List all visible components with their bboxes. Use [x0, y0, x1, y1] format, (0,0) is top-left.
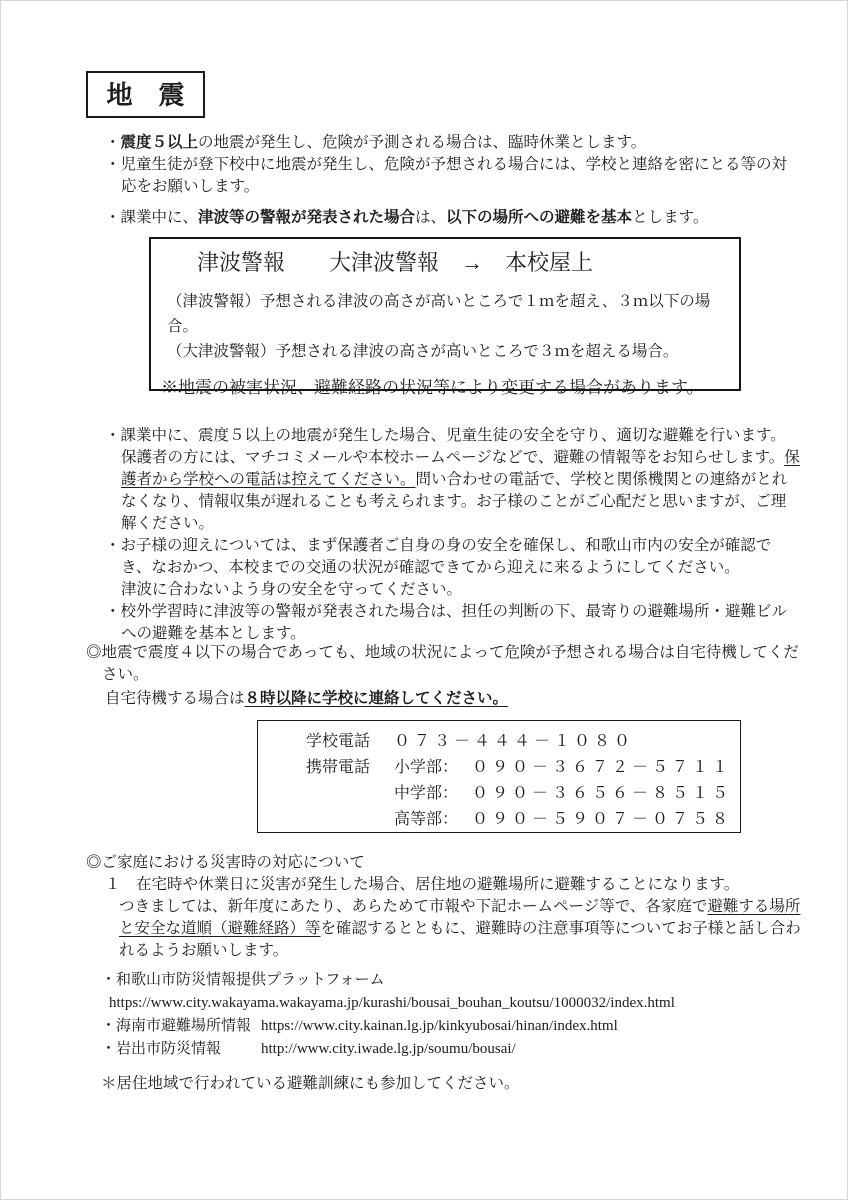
- major-tsunami-warning-definition: （大津波警報）予想される津波の高さが高いところで３ｍを超える場合。: [167, 339, 739, 364]
- family-item-2: つきましては、新年度にあたり、あらためて市報や下記ホームページ等で、各家庭で避難…: [119, 896, 802, 962]
- bold-phrase: 津波等の警報が発表された場合: [198, 209, 415, 226]
- phone-row-mobile-elementary: 携帯電話小学部：０９０－３６７２－５７１１: [306, 755, 740, 781]
- paragraph-text: つきましては、新年度にあたり、あらためて市報や下記ホームページ等で、各家庭で: [119, 898, 707, 915]
- phone-row-mobile-junior: 中学部：０９０－３６５６－８５１５: [306, 781, 740, 807]
- standby-contact-instruction: 自宅待機する場合は８時以降に学校に連絡してください。: [105, 688, 800, 710]
- family-item-1: １ 在宅時や休業日に災害が発生した場合、居住地の避難場所に避難することになります…: [105, 874, 802, 896]
- bullet-item: ・児童生徒が登下校中に地震が発生し、危険が予想される場合には、学校と連絡を密にと…: [105, 154, 799, 198]
- family-response-section: ◎ご家庭における災害時の対応について １ 在宅時や休業日に災害が発生した場合、居…: [86, 852, 802, 962]
- home-standby-section: ◎地震で震度４以下の場合であっても、地域の状況によって危険が予想される場合は自宅…: [86, 642, 800, 710]
- evacuation-paragraphs: ・課業中に、震度５以上の地震が発生した場合、児童生徒の安全を守り、適切な避難を行…: [105, 425, 801, 645]
- document-page: 地 震 ・震度５以上の地震が発生し、危険が予測される場合は、臨時休業とします。 …: [0, 0, 848, 1200]
- phone-dept: 高等部：: [394, 807, 472, 833]
- phone-number-box: 学校電話０７３－４４４－１０８０ 携帯電話小学部：０９０－３６７２－５７１１ 中…: [257, 720, 741, 833]
- disaster-info-links: ・和歌山市防災情報提供プラットフォーム https://www.city.wak…: [101, 969, 807, 1061]
- link-url: https://www.city.wakayama.wakayama.jp/ku…: [101, 992, 807, 1015]
- phone-label: 学校電話: [306, 729, 394, 755]
- section-title-box: 地 震: [86, 71, 205, 118]
- link-label: ・岩出市防災情報: [101, 1038, 261, 1061]
- tsunami-warning-lead: ・課業中に、津波等の警報が発表された場合は、以下の場所への避難を基本とします。: [105, 207, 799, 229]
- paragraph-pickup-note: 津波に合わないよう身の安全を守ってください。: [105, 579, 801, 601]
- tsunami-alert-box: 津波警報 大津波警報 → 本校屋上 （津波警報）予想される津波の高さが高いところ…: [149, 237, 741, 391]
- phone-dept: 中学部：: [394, 781, 472, 807]
- phone-row-mobile-high: 高等部：０９０－５９０７－０７５８: [306, 807, 740, 833]
- link-item-kainan: ・海南市避難場所情報 https://www.city.kainan.lg.jp…: [101, 1015, 807, 1038]
- phone-number: ０７３－４４４－１０８０: [394, 729, 634, 755]
- bold-phrase: 以下の場所への避難を基本: [446, 209, 632, 226]
- bullet-text: とします。: [632, 209, 708, 226]
- bullet-text: の地震が発生し、危険が予測される場合は、臨時休業とします。: [198, 134, 646, 151]
- standby-rule: ◎地震で震度４以下の場合であっても、地域の状況によって危険が予想される場合は自宅…: [86, 642, 800, 686]
- bullet-item: ・震度５以上の地震が発生し、危険が予測される場合は、臨時休業とします。: [105, 132, 799, 154]
- paragraph-text: ・課業中に、震度５以上の地震が発生した場合、児童生徒の安全を守り、適切な避難を行…: [105, 427, 786, 466]
- link-item-wakayama: ・和歌山市防災情報提供プラットフォーム https://www.city.wak…: [101, 969, 807, 1015]
- phone-number: ０９０－３６７２－５７１１: [472, 755, 732, 781]
- paragraph-during-class: ・課業中に、震度５以上の地震が発生した場合、児童生徒の安全を守り、適切な避難を行…: [105, 425, 801, 535]
- phone-number: ０９０－３６５６－８５１５: [472, 781, 732, 807]
- tsunami-warning-definition: （津波警報）予想される津波の高さが高いところで１ｍを超え、３ｍ以下の場合。: [167, 289, 739, 339]
- bold-phrase: 震度５以上: [121, 134, 199, 151]
- paragraph-pickup: ・お子様の迎えについては、まず保護者ご自身の身の安全を確保し、和歌山市内の安全が…: [105, 535, 801, 579]
- bullet-text: は、: [415, 209, 446, 226]
- bullet-item: ・課業中に、津波等の警報が発表された場合は、以下の場所への避難を基本とします。: [105, 207, 799, 229]
- page-title: 地 震: [106, 82, 184, 108]
- link-label: ・和歌山市防災情報提供プラットフォーム: [101, 969, 807, 992]
- family-section-heading: ◎ご家庭における災害時の対応について: [86, 852, 802, 874]
- bullet-text: ・課業中に、: [105, 209, 198, 226]
- link-item-iwade: ・岩出市防災情報 http://www.city.iwade.lg.jp/sou…: [101, 1038, 807, 1061]
- phone-label: [306, 807, 394, 833]
- phone-label: 携帯電話: [306, 755, 394, 781]
- link-label: ・海南市避難場所情報: [101, 1015, 261, 1038]
- tsunami-alert-header: 津波警報 大津波警報 → 本校屋上: [197, 250, 739, 276]
- phone-number: ０９０－５９０７－０７５８: [472, 807, 732, 833]
- phone-label: [306, 781, 394, 807]
- footer-note: ＊居住地域で行われている避難訓練にも参加してください。: [101, 1073, 701, 1095]
- intro-bullet-list: ・震度５以上の地震が発生し、危険が予測される場合は、臨時休業とします。 ・児童生…: [105, 132, 799, 198]
- link-url: https://www.city.kainan.lg.jp/kinkyubosa…: [261, 1015, 618, 1038]
- tsunami-alert-note: ※地震の被害状況、避難経路の状況等により変更する場合があります。: [161, 377, 739, 399]
- link-url: http://www.city.iwade.lg.jp/soumu/bousai…: [261, 1038, 516, 1061]
- bold-underlined-phrase: ８時以降に学校に連絡してください。: [245, 690, 509, 707]
- phone-dept: 小学部：: [394, 755, 472, 781]
- phone-row-school: 学校電話０７３－４４４－１０８０: [306, 729, 740, 755]
- tsunami-alert-definitions: （津波警報）予想される津波の高さが高いところで１ｍを超え、３ｍ以下の場合。 （大…: [167, 289, 739, 364]
- paragraph-text: 自宅待機する場合は: [105, 690, 245, 707]
- bullet-marker: ・: [105, 134, 121, 151]
- paragraph-offsite-learning: ・校外学習時に津波等の警報が発表された場合は、担任の判断の下、最寄りの避難場所・…: [105, 601, 801, 645]
